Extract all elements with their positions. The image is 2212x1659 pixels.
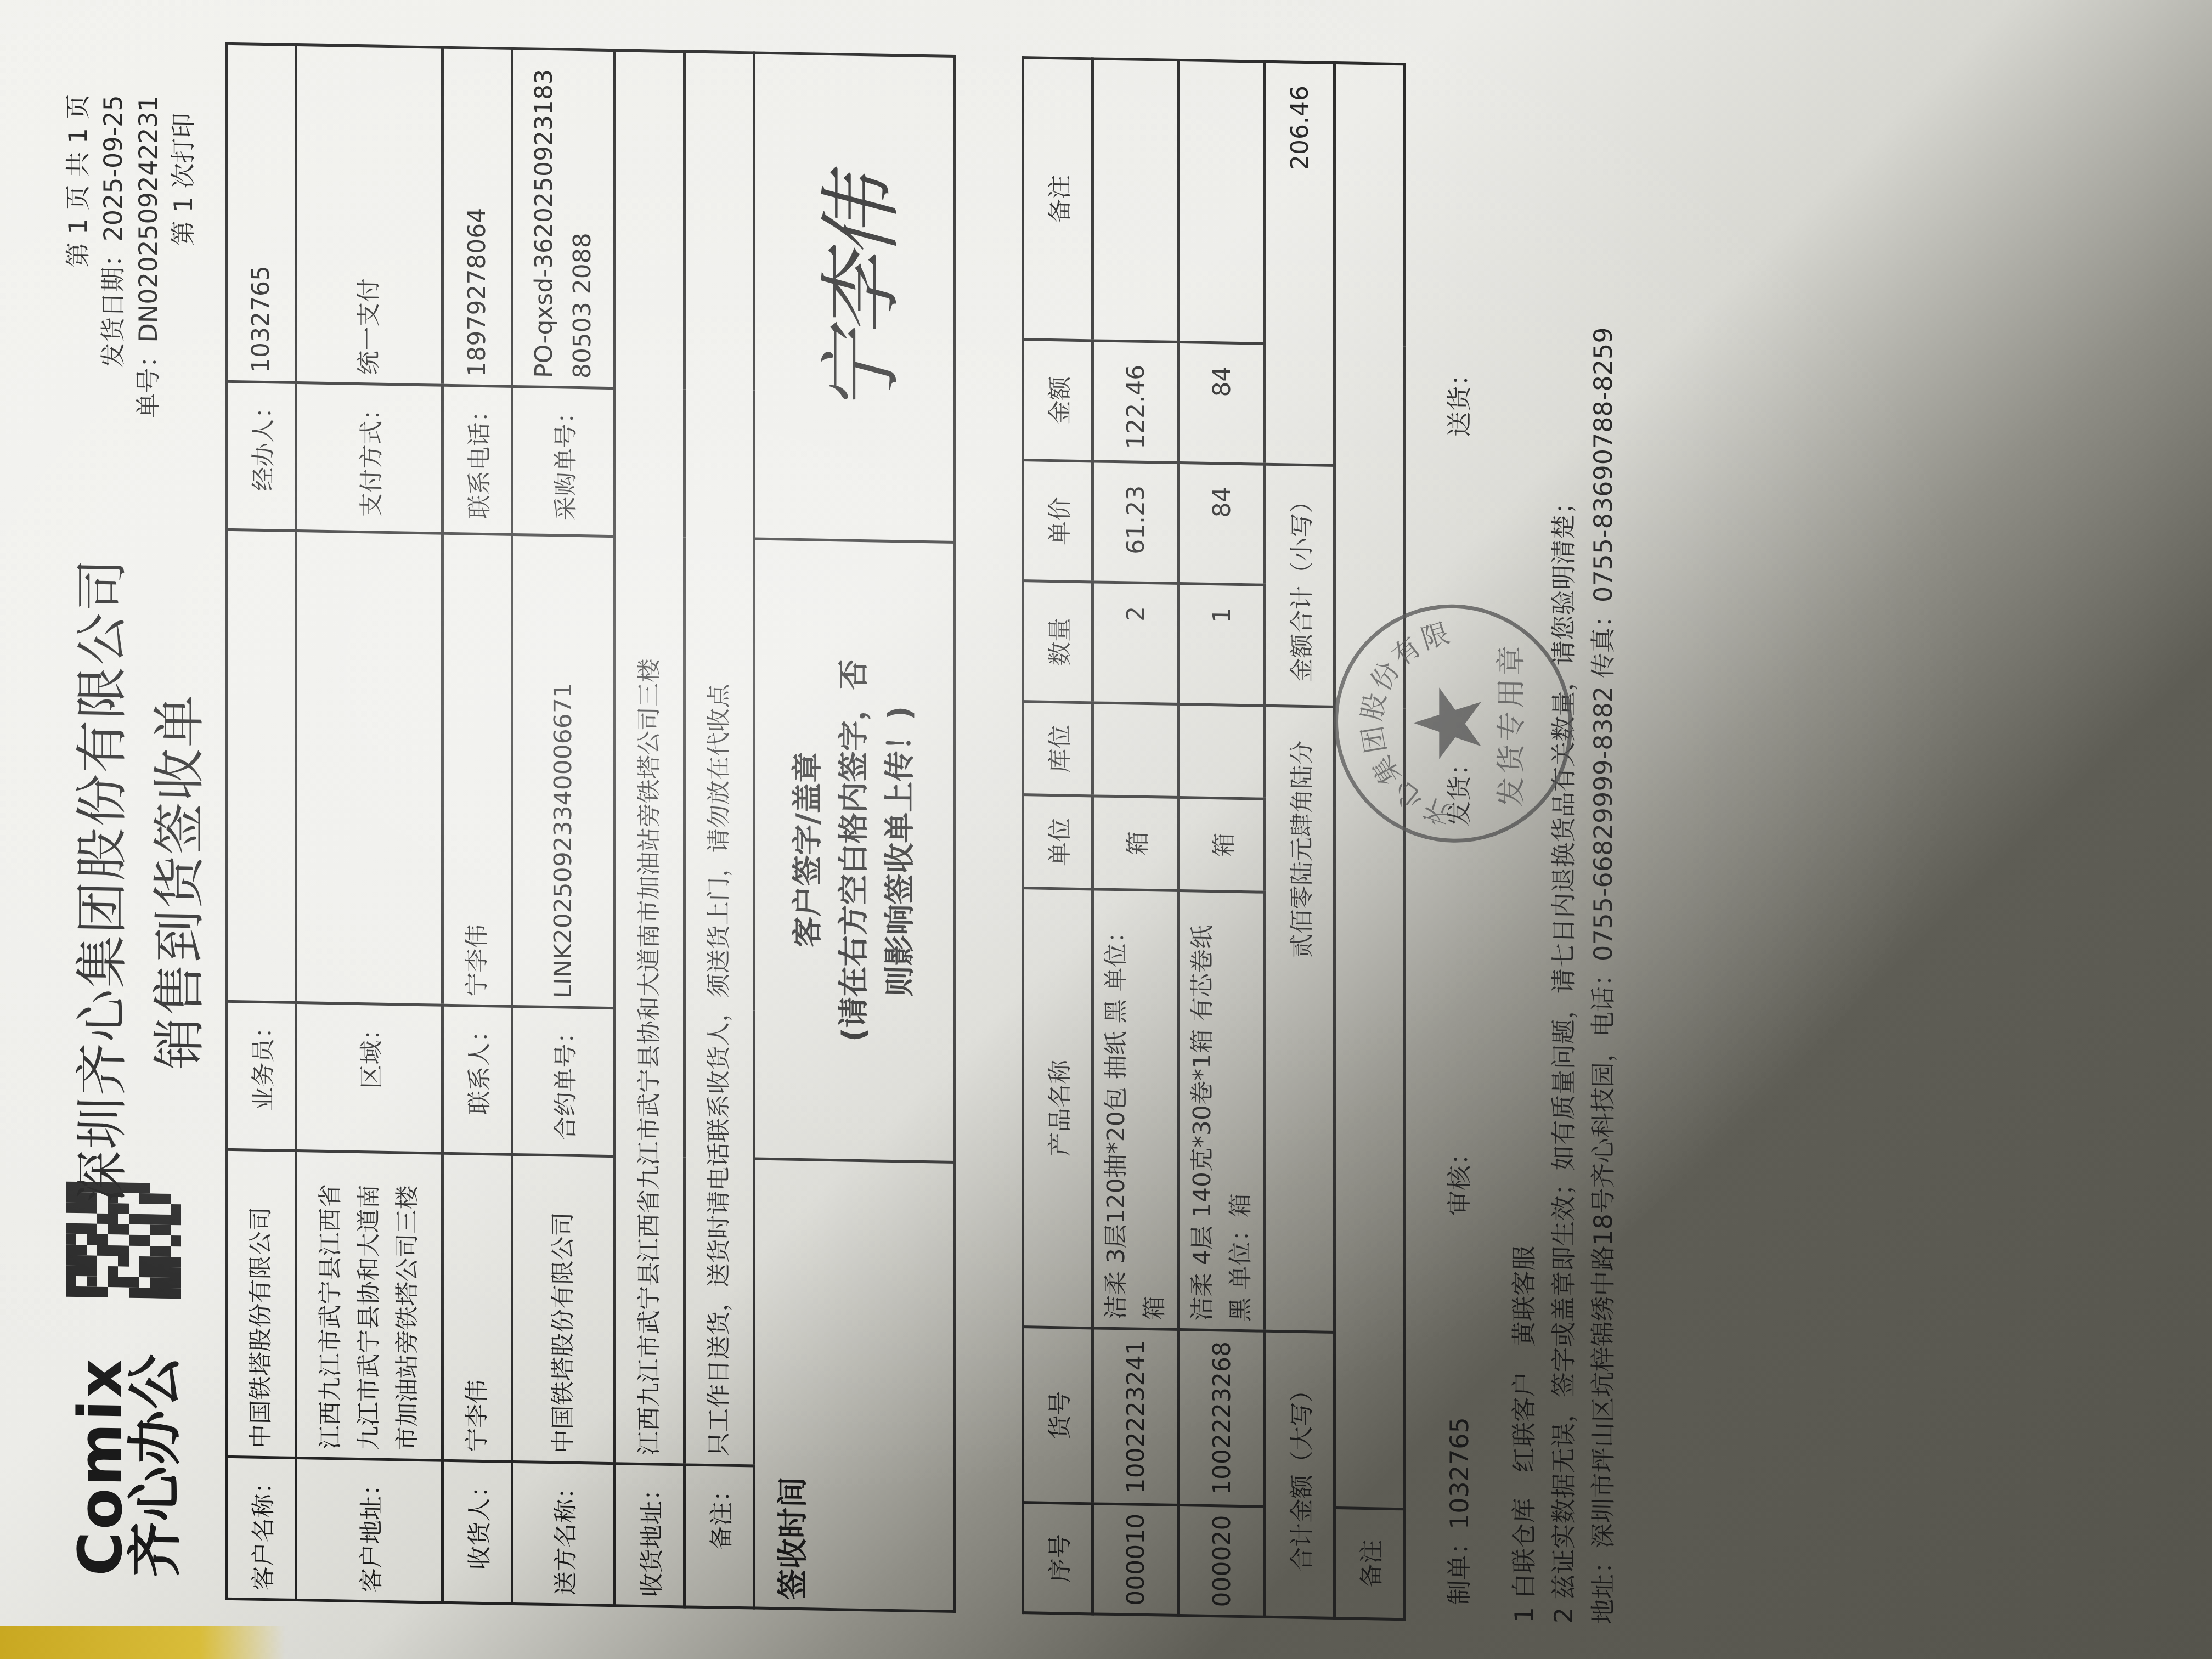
cell-qty: 2 [1093,582,1179,704]
cell-qty: 1 [1179,584,1265,706]
customer-address: 江西九江市武宁县江西省九江市武宁县协和大道南市加油站旁铁塔公司三楼 [296,1150,443,1460]
cell-sku: 1002223268 [1179,1330,1265,1507]
salesperson [227,529,296,1002]
consignee-label: 收货人： [443,1460,512,1604]
customer-name: 中国铁塔股份有限公司 [227,1149,296,1458]
document-meta: 第 1 页 共 1 页 发货日期：2025-09-25 单号：DN0202509… [60,94,201,419]
region-label: 区域： [296,1002,443,1153]
payment-label: 支付方式： [296,382,443,533]
cell-sku: 1002223241 [1093,1328,1179,1505]
remark: 只工作日送货，送货时请电话联系收货人，须送货上门，请勿放在代收点 [685,52,754,1466]
comix-logo: Comix 齐心办公 [66,1182,181,1578]
customer-address-label: 客户地址： [296,1458,443,1602]
stamp-bottom-text: 发货专用章 [1488,609,1530,840]
customer-signature[interactable]: 宁李伟 [754,53,955,542]
sign-time-label: 签收时间 [754,1159,955,1611]
cell-price: 84 [1179,463,1265,585]
info-row: 客户地址： 江西九江市武宁县江西省九江市武宁县协和大道南市加油站旁铁塔公司三楼 … [296,44,443,1602]
total-upper: 贰佰零陆元肆角陆分 [1265,706,1335,1332]
cell-location [1093,703,1179,798]
column-header: 单位 [1023,795,1093,889]
handler: 1032765 [227,43,296,382]
region [296,531,443,1005]
maker: 制单：1032765 [1440,1232,1476,1622]
po-number: PO-qxsd-362025092318380503 2088 [512,48,615,388]
sign-instruction-line: (请在右方空白格内签字，否 [831,549,877,1152]
note-terms: 2 兹证实数据无误，签字或盖章即生效；如有质量问题，请七日内退换货品有关数量，请… [1544,65,1583,1624]
cell-unit: 箱 [1179,798,1265,893]
delivery-address: 江西九江市武宁县江西省九江市武宁县协和大道南市加油站旁铁塔公司三楼 [615,50,685,1465]
payment-method: 统一支付 [296,44,443,385]
reviewer: 审核： [1440,842,1476,1232]
total-lower: 206.46 [1265,61,1335,465]
info-row: 收货人： 宁李伟 联系人： 宁李伟 联系电话： 18979278064 [443,47,512,1604]
items-remark-row: 备注 [1335,63,1404,1620]
deliverer: 送货： [1440,63,1476,453]
print-count: 第 1 次打印 [166,112,201,419]
cell-seq: 000020 [1179,1505,1265,1617]
note-copies: 1 白联仓库 红联客户 黄联客服 [1504,64,1544,1623]
sign-instruction-title: 客户签字/盖章 [785,549,831,1151]
handler-label: 经办人： [227,381,296,531]
approval-roles: 制单：1032765 审核： 发货： 送货： [1427,63,1488,1622]
po-label: 采购单号： [512,386,615,536]
contact-label: 联系人： [443,1005,512,1154]
contract-number: LINK20250923340006671 [512,534,615,1008]
cell-amount: 84 [1179,342,1265,465]
items-remark-label: 备注 [1335,1508,1404,1620]
info-row: 客户名称： 中国铁塔股份有限公司 业务员： 经办人： 1032765 [227,43,296,1600]
customer-info-table: 客户名称： 中国铁塔股份有限公司 业务员： 经办人： 1032765 客户地址：… [225,42,956,1613]
cell-amount: 122.46 [1093,341,1179,463]
cell-name: 洁柔 4层 140克*30卷*1箱 有芯卷纸 黑 单位：箱 [1179,891,1265,1331]
document-footer: 制单：1032765 审核： 发货： 送货： 1 白联仓库 红联客户 黄联客服 … [1427,63,1623,1624]
cell-location [1179,704,1265,799]
table-row: 0000101002223241洁柔 3层120抽*20包 抽纸 黑 单位：箱箱… [1093,59,1179,1616]
note-address: 地址：深圳市坪山区坑梓锦绣中路18号齐心科技园，电话：0755-66829999… [1583,66,1623,1624]
company-name: 深圳齐心集团股份有限公司 [60,557,136,1203]
contact: 宁李伟 [443,533,512,1006]
sign-instruction-line: 则影响签收单上传！) [877,550,923,1152]
column-header: 数量 [1023,581,1093,703]
total-lower-label: 金额合计（小写） [1265,464,1335,707]
cell-unit: 箱 [1093,796,1179,891]
page-info: 第 1 页 共 1 页 [60,94,95,417]
ship-to-label: 送方名称： [512,1462,615,1605]
consignee: 宁李伟 [443,1153,512,1462]
document-title: 销售到货签收单 [138,558,213,1205]
company-stamp: 深圳齐心集团股份有限公司 ★ 发货专用章 [1334,602,1572,845]
salesperson-label: 业务员： [227,1001,296,1150]
star-icon: ★ [1395,681,1503,766]
customer-name-label: 客户名称： [227,1457,296,1600]
items-header-row: 序号货号产品名称单位库位数量单价金额备注 [1023,58,1093,1614]
cell-remark [1093,59,1179,342]
ship-date: 发货日期：2025-09-25 [95,95,131,418]
footer-notes: 1 白联仓库 红联客户 黄联客服 2 兹证实数据无误，签字或盖章即生效；如有质量… [1504,64,1623,1624]
info-row: 送方名称： 中国铁塔股份有限公司 合约单号： LINK2025092334000… [512,48,615,1605]
document-header: Comix 齐心办公 深圳齐心集团股份有限公司 销售到货签收单 第 1 页 共 … [44,39,225,1600]
info-row: 收货地址： 江西九江市武宁县江西省九江市武宁县协和大道南市加油站旁铁塔公司三楼 [615,50,685,1607]
column-header: 序号 [1023,1503,1093,1614]
info-row: 备注： 只工作日送货，送货时请电话联系收货人，须送货上门，请勿放在代收点 [685,52,754,1608]
remark-label: 备注： [685,1465,754,1608]
cell-seq: 000010 [1093,1504,1179,1616]
ship-to: 中国铁塔股份有限公司 [512,1154,615,1463]
title-block: 深圳齐心集团股份有限公司 销售到货签收单 [60,557,213,1205]
phone: 18979278064 [443,47,512,386]
items-table: 序号货号产品名称单位库位数量单价金额备注 0000101002223241洁柔 … [1022,56,1406,1621]
column-header: 货号 [1023,1327,1093,1504]
table-row: 0000201002223268洁柔 4层 140克*30卷*1箱 有芯卷纸 黑… [1179,60,1265,1617]
column-header: 单价 [1023,460,1093,582]
total-row: 合计金额（大写） 贰佰零陆元肆角陆分 金额合计（小写） 206.46 [1265,61,1335,1618]
column-header: 金额 [1023,340,1093,461]
delivery-address-label: 收货地址： [615,1464,685,1607]
logo-chinese: 齐心办公 [129,1353,181,1578]
order-number: 单号：DN0202509242231 [131,95,166,419]
column-header: 产品名称 [1023,888,1093,1328]
cell-price: 61.23 [1093,461,1179,584]
cell-name: 洁柔 3层120抽*20包 抽纸 黑 单位：箱 [1093,889,1179,1330]
sales-delivery-receipt: Comix 齐心办公 深圳齐心集团股份有限公司 销售到货签收单 第 1 页 共 … [22,0,1262,1656]
sign-instruction: 客户签字/盖章 (请在右方空白格内签字，否 则影响签收单上传！) [754,539,955,1162]
column-header: 库位 [1023,702,1093,796]
total-upper-label: 合计金额（大写） [1265,1331,1335,1618]
phone-label: 联系电话： [443,385,512,534]
contract-label: 合约单号： [512,1006,615,1156]
signature-row: 签收时间 客户签字/盖章 (请在右方空白格内签字，否 则影响签收单上传！) 宁李… [754,53,955,1611]
cell-remark [1179,60,1265,344]
column-header: 备注 [1023,58,1093,341]
logo-english: Comix [72,1352,129,1577]
